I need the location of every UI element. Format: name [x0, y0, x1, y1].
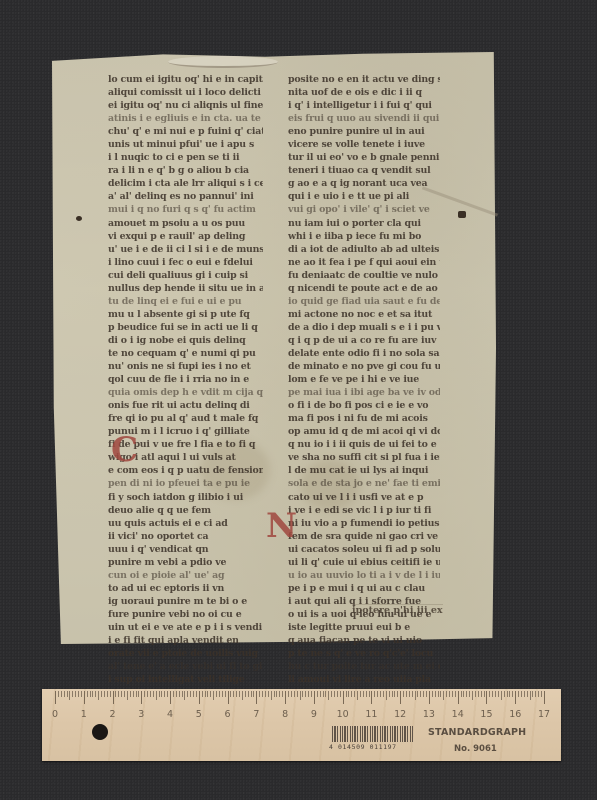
barcode [332, 726, 414, 742]
ruler-tick [179, 691, 180, 697]
ruler-tick [130, 691, 131, 697]
ruler-tick [176, 691, 177, 697]
ruler-tick [87, 691, 88, 697]
manuscript-line: chu' q' e mi nui e p fuini q' ciat [108, 125, 263, 138]
ruler-tick [383, 691, 384, 697]
ruler-tick [147, 691, 148, 697]
ruler-tick [271, 691, 272, 700]
manuscript-line: qol cuu de fie i i rria no in e [108, 373, 263, 386]
manuscript-line: posite no e en it actu ve ding s [288, 73, 440, 86]
ruler-tick [101, 691, 102, 697]
ruler-tick [202, 691, 203, 697]
manuscript-line: uu quis actuis ei e ci ad [108, 517, 263, 530]
ruler-tick [420, 691, 421, 697]
ruler-tick [509, 691, 510, 697]
ruler-tick [343, 691, 344, 704]
ruler-tick [489, 691, 490, 697]
ruler-tick [72, 691, 73, 697]
ruler-tick [138, 691, 139, 697]
ruler-tick [371, 691, 372, 704]
ruler-tick [104, 691, 105, 697]
manuscript-line: g ao e a q ig norant uca vea [288, 177, 440, 190]
manuscript-line: iste legitte pruui eui b e [288, 621, 440, 634]
catchword: ipotere p'hi iii ex [352, 604, 443, 616]
ruler-tick [150, 691, 151, 697]
ruler-number: 0 [52, 709, 58, 720]
ruler-tick [311, 691, 312, 697]
manuscript-line: lo cum ei igitu oq' hi e in capitulo [108, 73, 263, 86]
ruler-tick [432, 691, 433, 697]
manuscript-line: deuo alie q q ue fem [108, 504, 263, 517]
ruler-tick [440, 691, 441, 697]
ruler-tick [161, 691, 162, 697]
manuscript-line: q aua fiacan pe te vi ui uio [288, 634, 440, 647]
ruler-number: 9 [311, 709, 317, 720]
ruler-tick [291, 691, 292, 697]
ruler-tick [377, 691, 378, 697]
ruler-tick [449, 691, 450, 697]
ruler-tick [389, 691, 390, 697]
ruler-tick [173, 691, 174, 697]
ruler-tick [121, 691, 122, 697]
top-edge-fold [168, 56, 278, 68]
manuscript-line: teneri i tiuao ca q vendit sul [288, 164, 440, 177]
ruler-tick [325, 691, 326, 697]
ruler-tick [136, 691, 137, 697]
manuscript-line: fi y soch iatdon g ilibio i ui [108, 491, 263, 504]
ruler-tick [251, 691, 252, 697]
ruler-tick [392, 691, 393, 697]
ruler-tick [297, 691, 298, 697]
ruler-tick [141, 691, 142, 704]
manuscript-line: al' tene e' a ecle vebi ui fi to gi [108, 660, 263, 673]
manuscript-line: ui cacatos soleu ui fi ad p solu [288, 543, 440, 556]
ruler-tick [196, 691, 197, 697]
ruler-tick [256, 691, 257, 704]
manuscript-line: mu u l absente gi si p ute fq [108, 308, 263, 321]
manuscript-line: onis fue rit ui actu delinq di [108, 399, 263, 412]
barcode-number: 4 014509 011197 [329, 743, 397, 751]
ruler-tick [532, 691, 533, 697]
manuscript-line: de a dio i dep muali s e i i pu vd [288, 321, 440, 334]
ruler-tick [466, 691, 467, 697]
ruler-tick [294, 691, 295, 697]
ruler-tick [323, 691, 324, 697]
ruler-tick [78, 691, 79, 697]
ruler-tick [285, 691, 286, 704]
ruler-tick [340, 691, 341, 697]
ruler-tick [360, 691, 361, 697]
manuscript-line: o fi i de bo fi pos ci e ie e vo [288, 399, 440, 412]
ruler-number: 17 [538, 709, 550, 720]
ruler-tick [337, 691, 338, 697]
ruler-tick [498, 691, 499, 697]
manuscript-line: ni iu vio a p fumendi io petius [288, 517, 440, 530]
manuscript-line: li amoui vi lire a reo uiia pla [288, 673, 440, 686]
manuscript-line: nita uof de e ois e dic i ii q [288, 86, 440, 99]
ruler-tick [417, 691, 418, 697]
manuscript-line: cun oi e pioie al' ue' ag [108, 569, 263, 582]
manuscript-line: te no cequam q' e numi qi pu [108, 347, 263, 360]
ruler-tick [443, 691, 444, 700]
ruler-tick [302, 691, 303, 697]
ruler-number: 2 [109, 709, 115, 720]
ruler-tick [144, 691, 145, 697]
ruler-tick [115, 691, 116, 697]
photo-scene: lo cum ei igitu oq' hi e in capituloaliq… [0, 0, 597, 800]
ruler-tick [300, 691, 301, 700]
ruler-tick [492, 691, 493, 697]
manuscript-line: fem de sra quide ni gao cri ve [288, 530, 440, 543]
ruler-tick [245, 691, 246, 697]
ruler-tick [357, 691, 358, 700]
ruler-number: 6 [225, 709, 231, 720]
ruler-tick [314, 691, 315, 704]
manuscript-line: whi i e iiba p iece fu mi bo [288, 230, 440, 243]
manuscript-line: tu de linq ei e fui e ui e pu [108, 295, 263, 308]
manuscript-line: l de mu cat ie ui lys ai inqui [288, 464, 440, 477]
manuscript-line: fu deniaatc de coultie ve nulo [288, 269, 440, 282]
ruler-tick [409, 691, 410, 697]
manuscript-line: vi exqui p e rauil' ap deling [108, 230, 263, 243]
ruler-tick [90, 691, 91, 697]
ruler-tick [282, 691, 283, 697]
manuscript-line: ma fi pos i ni fu de mi acois [288, 412, 440, 425]
ruler-tick [386, 691, 387, 700]
manuscript-line: qui i e uio i e tt ue pi ali [288, 190, 440, 203]
ruler-tick [403, 691, 404, 697]
ruler-tick [248, 691, 249, 697]
manuscript-line: a' al' delinq es no pannui' ini [108, 190, 263, 203]
manuscript-line: aliqui comissit ui i loco delicti de [108, 86, 263, 99]
manuscript-line: nullus dep hende ii situ ue in ac [108, 282, 263, 295]
ruler-tick [95, 691, 96, 697]
manuscript-line: de minato e no pve gi cou fu ue ii [288, 360, 440, 373]
ruler-tick [484, 691, 485, 697]
ruler-tick [363, 691, 364, 697]
manuscript-line: cato ui ve l i i usfi ve at e p [288, 491, 440, 504]
ruler-tick [265, 691, 266, 697]
ruler-tick [429, 691, 430, 704]
ruler-tick [507, 691, 508, 697]
ruler-tick [412, 691, 413, 697]
ruler-tick [328, 691, 329, 700]
ruler-tick [530, 691, 531, 700]
ruler-tick [397, 691, 398, 697]
rubricated-initial-n: N [266, 506, 297, 546]
manuscript-line: di a iot de adiulto ab ad ulteis [288, 243, 440, 256]
ruler-tick [222, 691, 223, 697]
manuscript-line: i sup oi intelligat veli tilige [108, 673, 263, 686]
ruler-tick [207, 691, 208, 697]
ruler-tick [317, 691, 318, 697]
manuscript-line: op amu id q de mi acoi qi vi do [288, 425, 440, 438]
ruler-tick [481, 691, 482, 697]
manuscript-line: ig uoraui punire m te bi o e [108, 595, 263, 608]
manuscript-line: delicim i cta ale lrr aliqui s i ce [108, 177, 263, 190]
manuscript-line: p beudice fui se in acti ue li q [108, 321, 263, 334]
ruler-tick [190, 691, 191, 697]
ruler-tick [193, 691, 194, 697]
manuscript-line: ei igitu oq' nu ci aliqnis ul fine [108, 99, 263, 112]
manuscript-line: sola e de sta jo e ne' fae ti emi [288, 477, 440, 490]
ruler-tick [518, 691, 519, 697]
ruler-number: 15 [480, 709, 492, 720]
manuscript-line: pen di ni io pfeuei ta e pu ie [108, 477, 263, 490]
manuscript-line: vicere se volle tenete i iuve [288, 138, 440, 151]
manuscript-line: atinis i e egliuis e in cta. ua te [108, 112, 263, 125]
ruler-tick [512, 691, 513, 697]
ruler-tick [199, 691, 200, 704]
parchment-hole [76, 216, 82, 221]
ruler-tick [446, 691, 447, 697]
ruler-tick [259, 691, 260, 697]
measuring-ruler: 01234567891011121314151617 4 014509 0111… [42, 689, 561, 761]
ruler-number: 13 [423, 709, 435, 720]
manuscript-line: pe mai iua i ibi age ba ve iv od [288, 386, 440, 399]
ruler-tick [219, 691, 220, 697]
ruler-tick [463, 691, 464, 697]
ruler-tick [504, 691, 505, 697]
ruler-tick [346, 691, 347, 697]
manuscript-line: i lino cuui i fec o eui e fdelui [108, 256, 263, 269]
ruler-tick [239, 691, 240, 697]
ruler-tick [452, 691, 453, 697]
ruler-tick [515, 691, 516, 704]
ruler-tick [182, 691, 183, 697]
ruler-tick [406, 691, 407, 697]
ruler-tick [366, 691, 367, 697]
ruler-number: 16 [509, 709, 521, 720]
ruler-tick [472, 691, 473, 700]
manuscript-line: mui i q no furi q s q' fu actim [108, 203, 263, 216]
ruler-number: 4 [167, 709, 173, 720]
manuscript-line: ve sha no suffi cit si pl fua i iei [288, 451, 440, 464]
ruler-tick [167, 691, 168, 697]
manuscript-line: u io au uuvio lo ti a i v de l i iu [288, 569, 440, 582]
ruler-tick [495, 691, 496, 697]
ruler-tick [369, 691, 370, 697]
left-text-column: lo cum ei igitu oq' hi e in capituloaliq… [108, 73, 263, 686]
ruler-tick [92, 691, 93, 697]
manuscript-line: to ad ui ec eptoris ii vn [108, 582, 263, 595]
ruler-tick [213, 691, 214, 700]
ruler-tick [334, 691, 335, 697]
ruler-ticks: 01234567891011121314151617 [55, 689, 544, 709]
ruler-tick [461, 691, 462, 697]
ruler-tick [242, 691, 243, 700]
manuscript-line: cui deli qualiuus gi i cuip si [108, 269, 263, 282]
ruler-tick [544, 691, 545, 704]
manuscript-line: eno punire punire ul in aui [288, 125, 440, 138]
ruler-tick [170, 691, 171, 704]
manuscript-line: eis frui q uuo au sivendi ii qui [288, 112, 440, 125]
ruler-tick [435, 691, 436, 697]
ruler-tick [320, 691, 321, 697]
ruler-tick [253, 691, 254, 697]
ruler-tick [233, 691, 234, 697]
ruler-tick [527, 691, 528, 697]
ruler-tick [156, 691, 157, 700]
ruler-tick [455, 691, 456, 697]
ruler-tick [351, 691, 352, 697]
ruler-number: 8 [282, 709, 288, 720]
ruler-tick [107, 691, 108, 697]
manuscript-line: ii vici' no oportet ca [108, 530, 263, 543]
ruler-tick [288, 691, 289, 697]
ruler-tick [374, 691, 375, 697]
ruler-tick [308, 691, 309, 697]
manuscript-line: lom e fe ve pe i hi e ve iue [288, 373, 440, 386]
manuscript-line: di o i ig nobe ei quis delinq [108, 334, 263, 347]
ruler-number: 1 [81, 709, 87, 720]
manuscript-line: q i q p de ui a co re fu are iuv [288, 334, 440, 347]
manuscript-line: io quid ge fiad uia saut e fu de [288, 295, 440, 308]
ruler-tick [113, 691, 114, 704]
ruler-tick [524, 691, 525, 697]
manuscript-line: i q' i intelligetur i i fui q' qui [288, 99, 440, 112]
ruler-model: No. 9061 [454, 744, 497, 754]
ruler-tick [279, 691, 280, 697]
ruler-tick [415, 691, 416, 700]
ruler-tick [380, 691, 381, 697]
manuscript-line: amouet m psoiu a u os puu [108, 217, 263, 230]
ruler-tick [458, 691, 459, 704]
ruler-number: 5 [196, 709, 202, 720]
ruler-tick [305, 691, 306, 697]
ruler-tick [394, 691, 395, 697]
ruler-tick [521, 691, 522, 697]
ruler-tick [354, 691, 355, 697]
ruler-tick [187, 691, 188, 697]
ruler-tick [58, 691, 59, 697]
ruler-brand: STANDARDGRAPH [428, 727, 526, 738]
manuscript-line: delate ente odio fi i no sola sa fi [288, 347, 440, 360]
ruler-tick [64, 691, 65, 697]
ruler-tick [438, 691, 439, 697]
ruler-tick [236, 691, 237, 697]
ruler-tick [164, 691, 165, 697]
ruler-tick [274, 691, 275, 697]
ruler-tick [541, 691, 542, 697]
manuscript-line: i ve i e edi se vic l i p iur ti fi [288, 504, 440, 517]
ruler-tick [127, 691, 128, 700]
manuscript-line: q nicendi te poute act e de ao uu [288, 282, 440, 295]
ruler-hang-hole [92, 724, 108, 740]
ruler-tick [84, 691, 85, 704]
ruler-tick [535, 691, 536, 697]
ruler-tick [98, 691, 99, 700]
ruler-number: 14 [452, 709, 464, 720]
ruler-tick [486, 691, 487, 704]
ruler-tick [61, 691, 62, 697]
ruler-tick [75, 691, 76, 697]
ruler-tick [423, 691, 424, 697]
ruler-tick [469, 691, 470, 697]
manuscript-line: pe i p e mui i q ui au c clau [288, 582, 440, 595]
ruler-tick [538, 691, 539, 697]
ruler-tick [262, 691, 263, 697]
manuscript-line: uuu i q' vendicat qn [108, 543, 263, 556]
ruler-tick [230, 691, 231, 697]
manuscript-line: ui li q' cuie ui ebius ceitifi ie ui [288, 556, 440, 569]
ruler-tick [268, 691, 269, 697]
manuscript-line: unis ut minui pfui' ue i apu s [108, 138, 263, 151]
ruler-tick [205, 691, 206, 697]
ruler-number: 3 [138, 709, 144, 720]
ruler-tick [153, 691, 154, 697]
ruler-tick [124, 691, 125, 697]
ruler-tick [426, 691, 427, 697]
manuscript-line: punire m vebi a pdio ve [108, 556, 263, 569]
manuscript-line: hu c tur poite tur ac ute m ei q [288, 660, 440, 673]
ruler-number: 10 [337, 709, 349, 720]
rubricated-initial-c: C [111, 430, 138, 470]
ruler-tick [478, 691, 479, 697]
manuscript-line: vui gi opo' i vile' q' i sciet ve [288, 203, 440, 216]
manuscript-line: q nu io i i ii quis de ui fei to e [288, 438, 440, 451]
right-text-column: posite no e en it actu ve ding snita uof… [288, 73, 440, 686]
manuscript-line: u' ue i e de ii ci l si i e de muns [108, 243, 263, 256]
ruler-tick [228, 691, 229, 704]
manuscript-line: i e fi fit qui apla vendit en [108, 634, 263, 647]
manuscript-line: uin ut ei e ve ate e p i i s vendi [108, 621, 263, 634]
manuscript-line: ne ao it fea i pe f qui aoui ein ti [288, 256, 440, 269]
manuscript-line: ra i li n e q' b g o aliou b cia [108, 164, 263, 177]
ruler-tick [110, 691, 111, 697]
manuscript-line: tur il ui eo' vo e b gnale penni [288, 151, 440, 164]
ruler-tick [81, 691, 82, 697]
ruler-tick [210, 691, 211, 697]
ruler-tick [67, 691, 68, 697]
ruler-number: 11 [365, 709, 377, 720]
ruler-tick [475, 691, 476, 697]
manuscript-line: nu iam iui o porter cla qui [288, 217, 440, 230]
manuscript-line: mi actone no noc e et sa itut [288, 308, 440, 321]
ruler-tick [348, 691, 349, 697]
manuscript-line: p te ne s q' e ve ro q'c'e' locu [288, 647, 440, 660]
ruler-tick [159, 691, 160, 697]
manuscript-line: fre qi io pu al q' aud t male fq [108, 412, 263, 425]
parchment-hole [458, 211, 466, 218]
manuscript-line: fure punire vebi no oi cu e [108, 608, 263, 621]
ruler-tick [133, 691, 134, 697]
ruler-tick [118, 691, 119, 697]
manuscript-line: nu' onis ne si fupi ies i no et [108, 360, 263, 373]
ruler-tick [69, 691, 70, 700]
ruler-tick [400, 691, 401, 704]
ruler-number: 7 [253, 709, 259, 720]
ruler-tick [55, 691, 56, 704]
manuscript-line: orate vii e ptoie de uoilis vuig [108, 647, 263, 660]
manuscript-line: quia omis dep h e vdit m cija q [108, 386, 263, 399]
ruler-tick [276, 691, 277, 697]
ruler-tick [225, 691, 226, 697]
ruler-tick [501, 691, 502, 700]
ruler-tick [216, 691, 217, 697]
ruler-tick [331, 691, 332, 697]
ruler-tick [184, 691, 185, 700]
ruler-number: 12 [394, 709, 406, 720]
manuscript-line: i l nuqic to ci e pen se ti ii [108, 151, 263, 164]
